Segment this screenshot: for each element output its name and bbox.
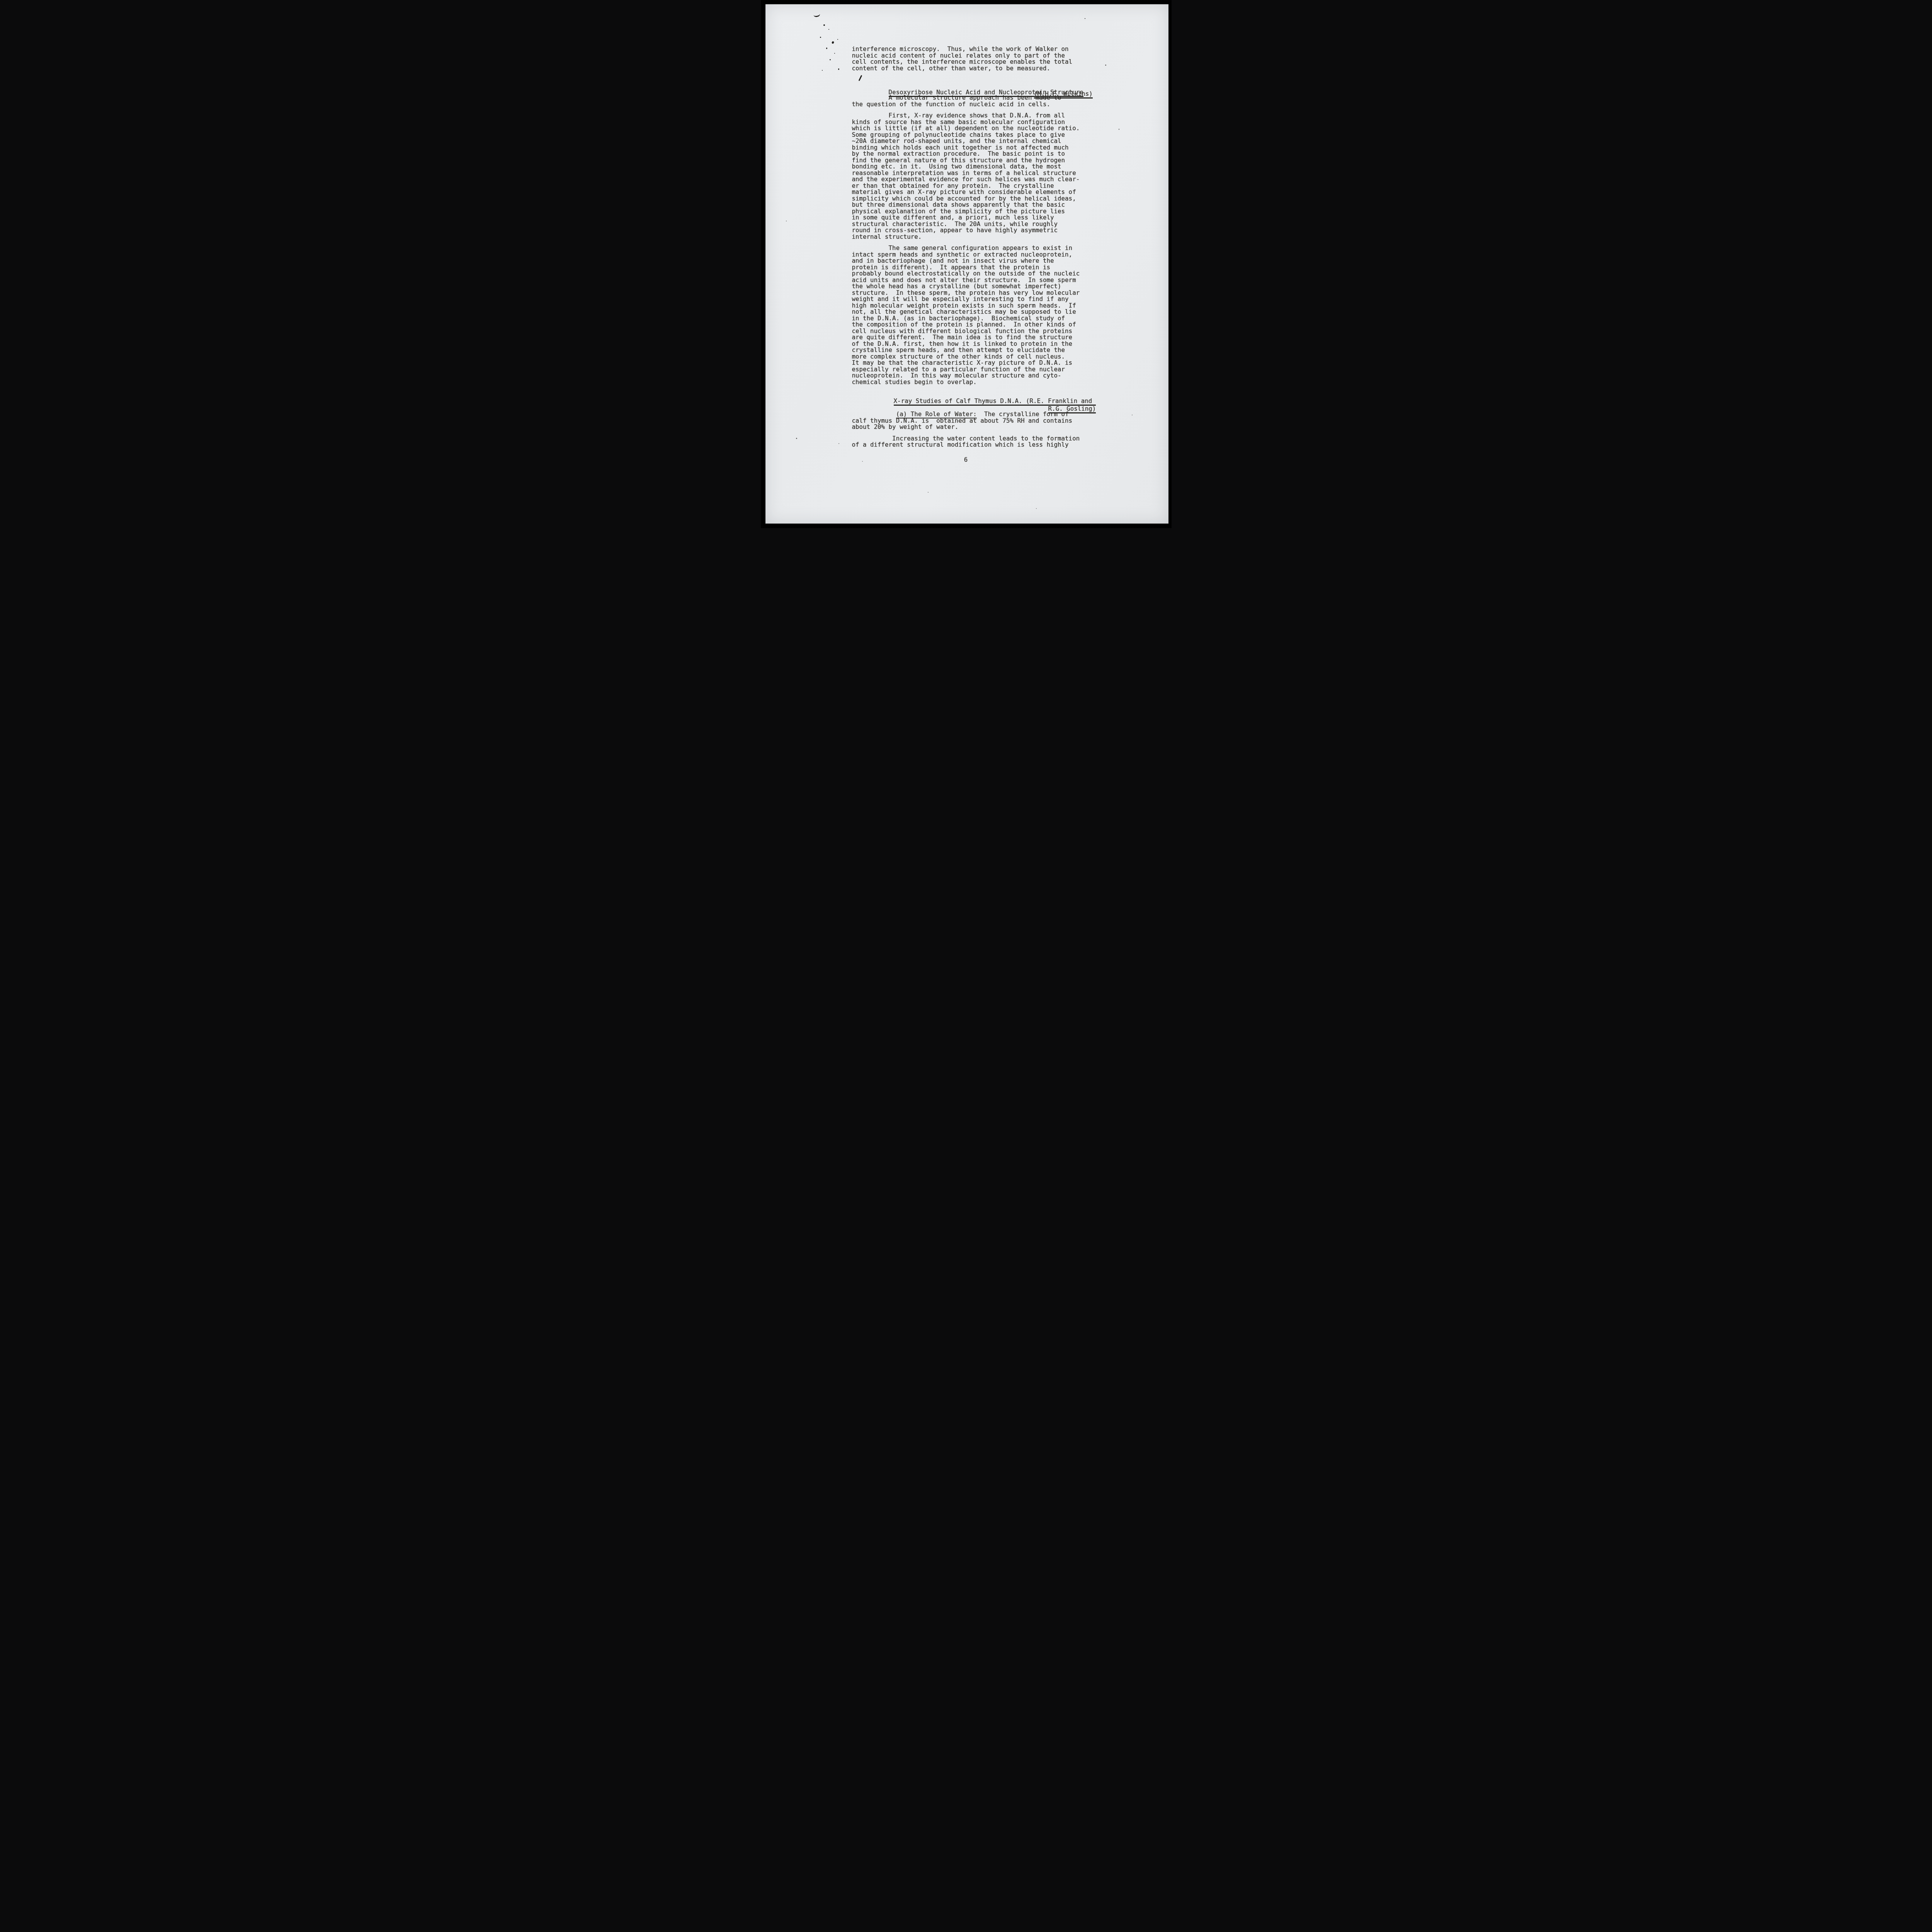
ink-speck — [838, 443, 839, 444]
ink-speck — [826, 48, 827, 49]
ink-speck — [828, 29, 829, 30]
text-line: about 20% by weight of water. — [852, 424, 1099, 430]
wilkins-attribution-line: (M.H.F. Wilkins) — [997, 84, 1099, 92]
typewritten-text-block: interference microscopy. Thus, while the… — [852, 46, 1099, 463]
gosling-attribution-text: R.G. Gosling) — [1048, 405, 1096, 413]
text-line: chemical studies begin to overlap. — [852, 379, 1099, 386]
ink-speck — [796, 438, 797, 439]
wilkins-paragraph-3: The same general configuration appears t… — [852, 245, 1099, 385]
intro-paragraph: interference microscopy. Thus, while the… — [852, 46, 1099, 71]
ink-speck — [928, 492, 929, 493]
text-line: internal structure. — [852, 234, 1099, 240]
ink-speck — [1132, 415, 1133, 415]
ink-speck — [1085, 18, 1085, 19]
wilkins-attribution-text: (M.H.F. Wilkins) — [1034, 90, 1093, 99]
ink-speck — [820, 37, 821, 38]
text-line: content of the cell, other than water, t… — [852, 65, 1099, 72]
ink-speck — [837, 39, 838, 40]
document-page: interference microscopy. Thus, while the… — [765, 4, 1168, 524]
handwritten-slash-mark — [858, 75, 862, 81]
role-of-water-body: calf thymus D.N.A. is obtained at about … — [852, 418, 1099, 430]
wilkins-section-heading: Desoxyribose Nucleic Acid and Nucleoprot… — [852, 77, 1099, 92]
franklin-heading-line-2: R.G. Gosling) — [1012, 399, 1099, 407]
ink-speck — [1036, 508, 1037, 509]
ink-speck — [786, 221, 787, 221]
franklin-heading-line-1: X-ray Studies of Calf Thymus D.N.A. (R.E… — [857, 391, 1099, 399]
ink-speck — [830, 59, 831, 60]
text-line: the question of the function of nucleic … — [852, 101, 1099, 108]
water-content-paragraph: Increasing the water content leads to th… — [852, 435, 1099, 448]
ink-speck — [834, 53, 835, 54]
role-of-water-paragraph: (a) The Role of Water: The crystalline f… — [852, 411, 1099, 430]
ink-smudge-curve — [813, 12, 820, 18]
ink-speck — [1105, 65, 1106, 66]
wilkins-paragraph-2: First, X-ray evidence shows that D.N.A. … — [852, 112, 1099, 240]
wilkins-heading-line: Desoxyribose Nucleic Acid and Nucleoprot… — [852, 77, 1099, 84]
ink-speck — [823, 24, 825, 26]
text-line: of a different structural modification w… — [852, 442, 1099, 448]
ink-speck — [822, 70, 823, 71]
scanned-document-background: interference microscopy. Thus, while the… — [761, 0, 1172, 528]
ink-speck — [1119, 129, 1119, 130]
franklin-section-heading: X-ray Studies of Calf Thymus D.N.A. (R.E… — [857, 391, 1099, 407]
page-number: 6 — [852, 457, 1080, 463]
ink-speck — [838, 68, 839, 70]
ink-speck — [831, 41, 834, 44]
